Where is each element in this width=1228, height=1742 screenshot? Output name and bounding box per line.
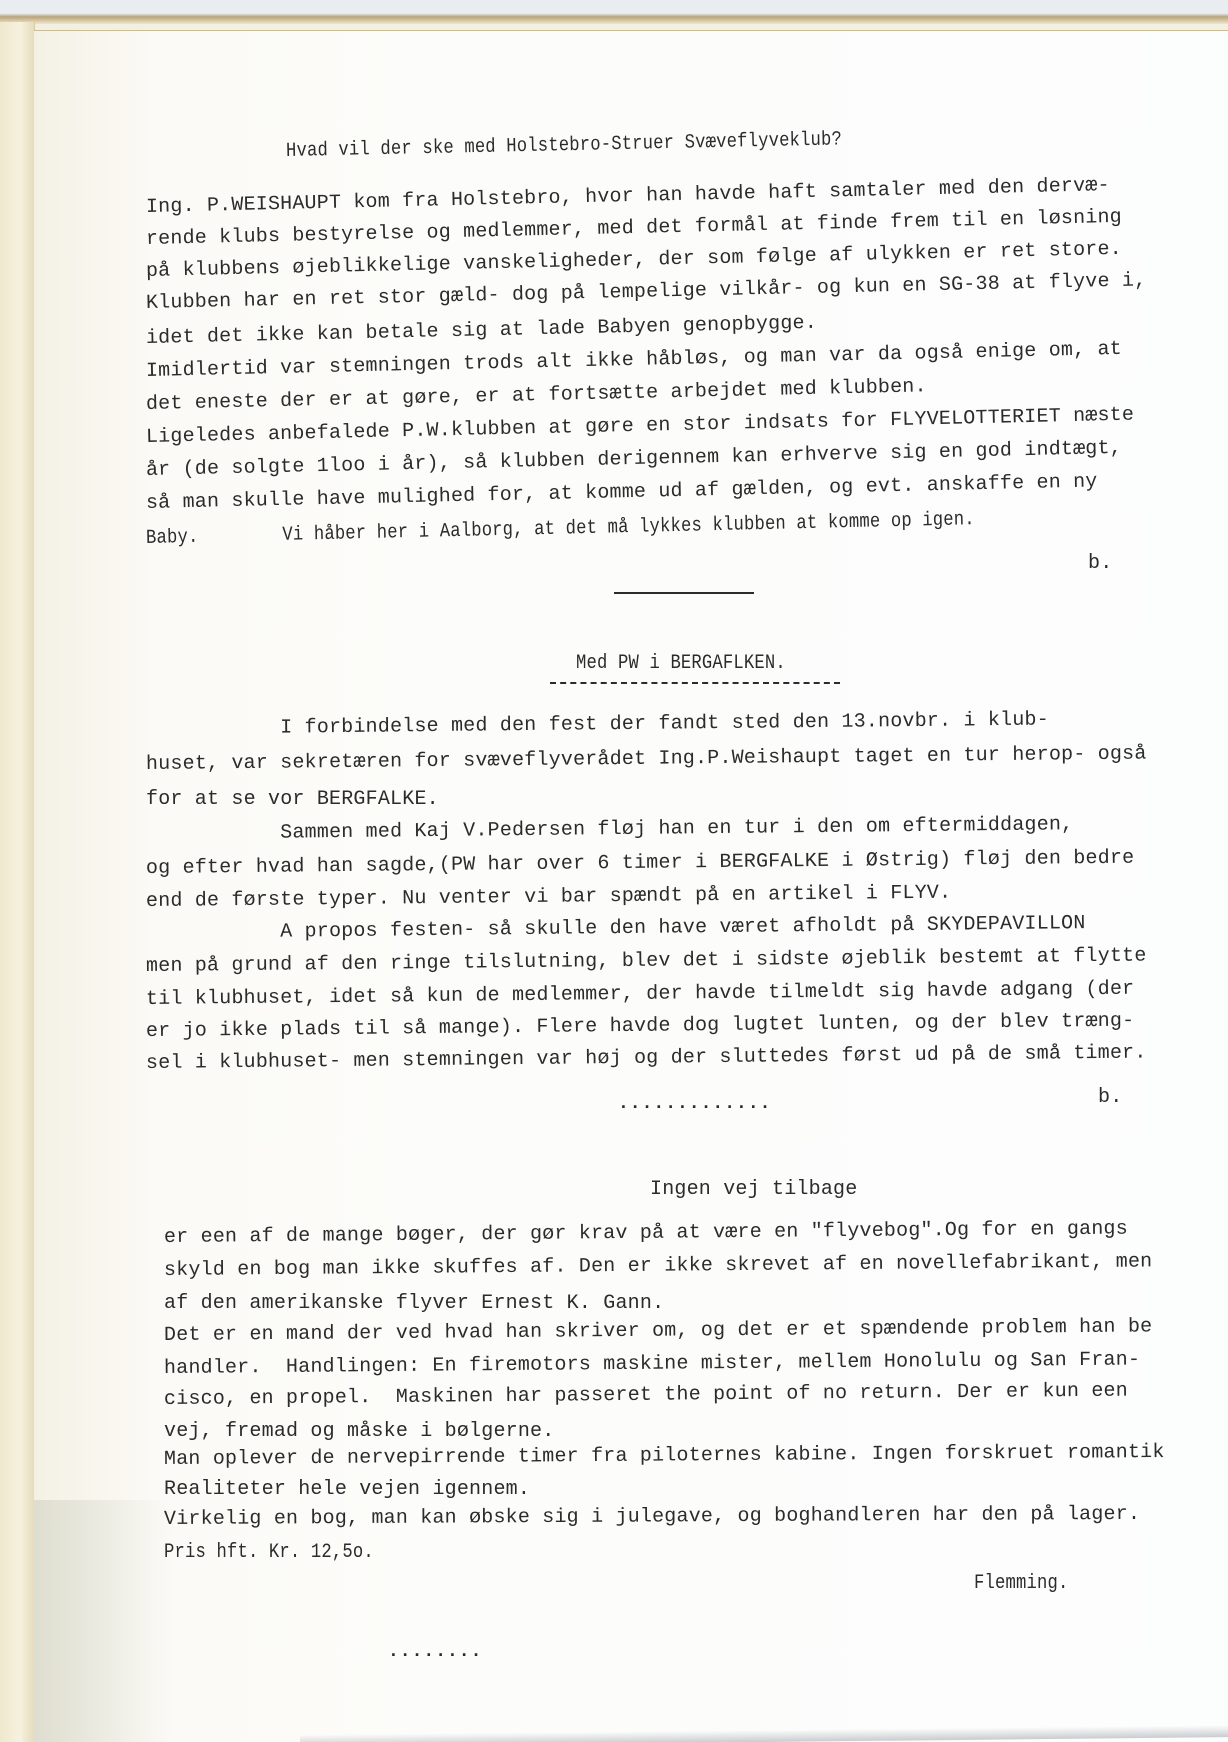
- section-separator-line: [614, 592, 754, 594]
- scan-shadow: [34, 1500, 174, 1742]
- article-2-signature: b.: [1098, 1086, 1122, 1109]
- article-3-line: Pris hft. Kr. 12,5o.: [164, 1541, 374, 1564]
- article-3-line: Realiteter hele vejen igennem.: [164, 1478, 530, 1501]
- end-separator-dots: ........: [388, 1642, 482, 1662]
- article-1-signature: b.: [1088, 552, 1112, 575]
- article-3-signature: Flemming.: [974, 1572, 1068, 1595]
- article-2-title-underline: [550, 682, 840, 684]
- page-binding: [0, 22, 35, 1742]
- article-3-line: af den amerikanske flyver Ernest K. Gann…: [164, 1292, 664, 1315]
- scan-top-edge: [0, 0, 1228, 24]
- article-3-line: vej, fremad og måske i bølgerne.: [164, 1420, 554, 1443]
- section-separator-dots: .............: [618, 1094, 771, 1114]
- article-2-title: Med PW i BERGAFLKEN.: [576, 652, 786, 675]
- article-2-line: for at se vor BERGFALKE.: [146, 788, 439, 811]
- article-3-title: Ingen vej tilbage: [650, 1178, 857, 1201]
